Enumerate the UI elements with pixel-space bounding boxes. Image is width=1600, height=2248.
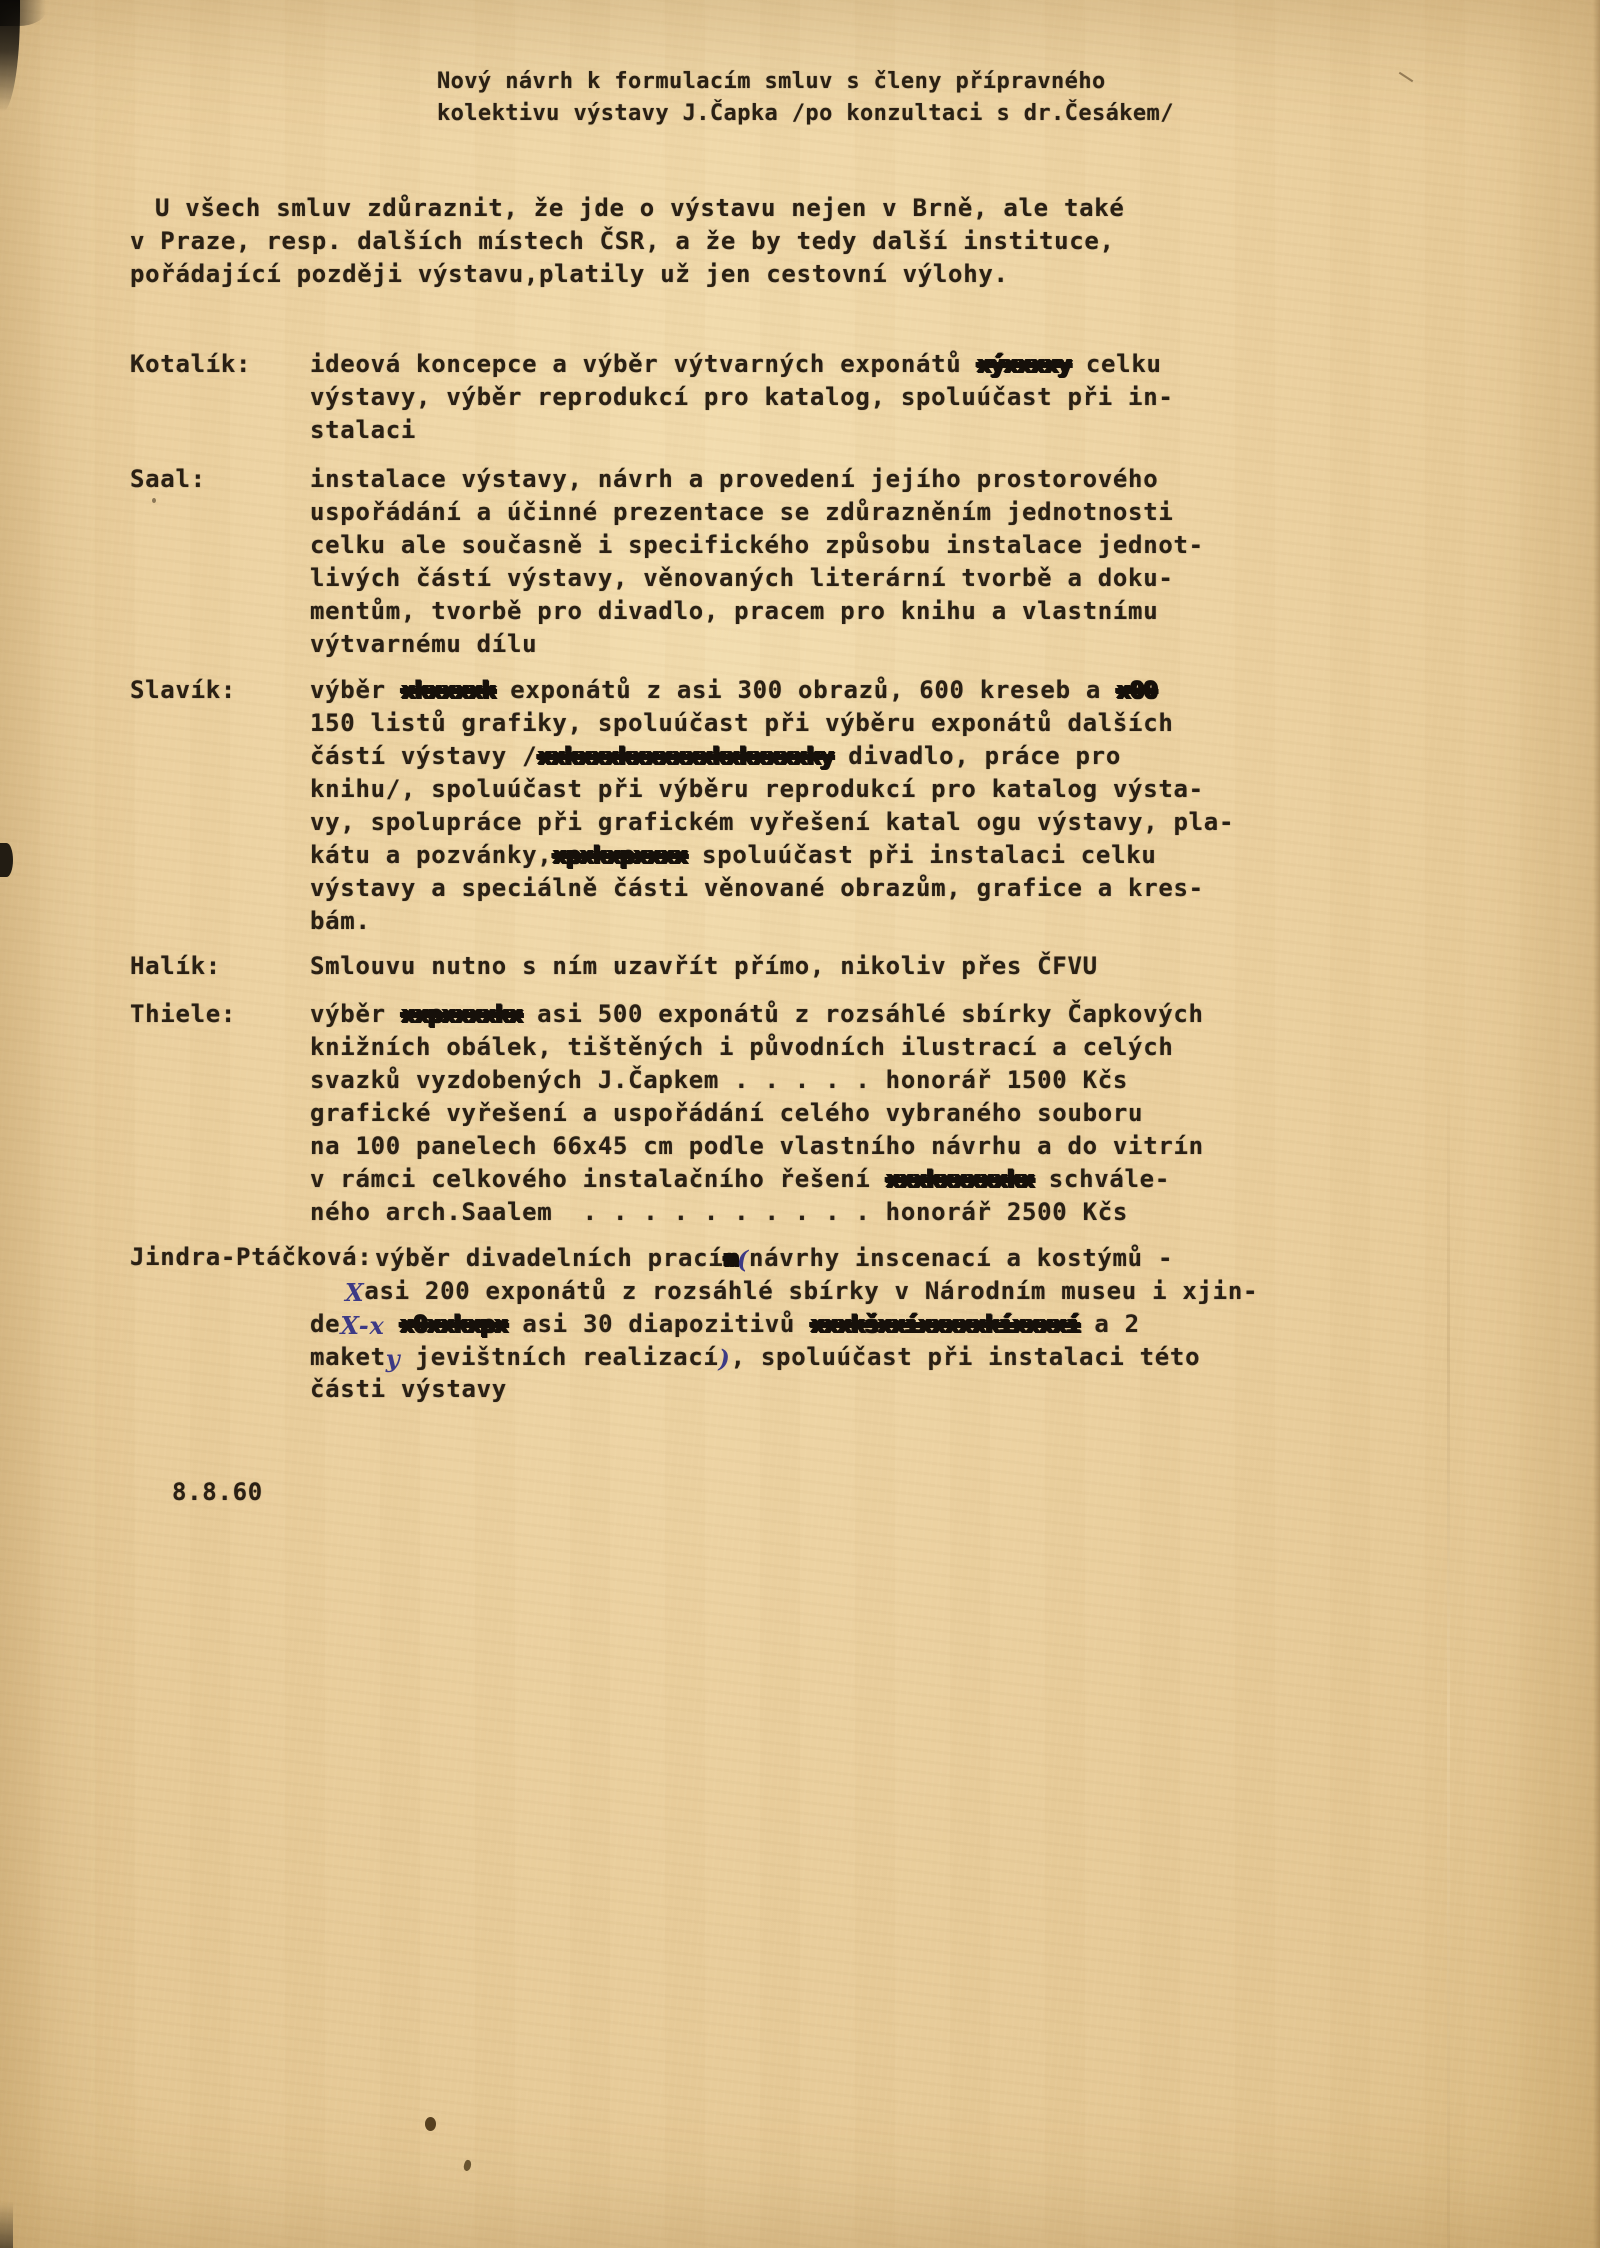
text-segment: v Praze, resp. dalších místech ČSR, a že… [130,227,1115,255]
struck-overtype: xxkxxxkxxxxxxkxkxxxxky [537,742,833,770]
document-page: Nový návrh k formulacím smluv s členy př… [0,0,1600,2248]
paper-speck [1399,72,1414,82]
section-body-slavik: výběr xkxxxxk exponátů z asi 300 obrazů,… [310,674,1600,938]
section-label-saal: Saal: [130,463,206,496]
text-line: na 100 panelech 66x45 cm podle vlastního… [310,1130,1600,1163]
ink-spot [425,2117,436,2131]
scan-artifact-left-edge [0,843,13,877]
text-line: bám. [310,905,1600,938]
section-body-halik: Smlouvu nutno s ním uzavřít přímo, nikol… [310,950,1600,983]
text-segment: pořádající později výstavu,platily už je… [130,260,1009,288]
text-line: mentům, tvorbě pro divadlo, pracem pro k… [310,595,1600,628]
section-saal: Saal: instalace výstavy, návrh a provede… [130,463,1600,661]
text-segment: maket [310,1343,386,1371]
text-segment: výběr [310,676,401,704]
text-segment: částí výstavy / [310,742,537,770]
section-body-jindra-ptackova: výběr divadelních pracím(návrhy inscenac… [310,1241,1600,1406]
text-segment: návrhy inscenací a kostýmů - [749,1244,1173,1272]
section-label-jindra-ptackova: Jindra-Ptáčková: [130,1241,372,1274]
text-line: uspořádání a účinné prezentace se zdůraz… [310,496,1600,529]
handwritten-mark: y [386,1344,401,1373]
text-line: ného arch.Saalem . . . . . . . . . . hon… [310,1196,1600,1229]
text-segment: bám. [310,907,371,935]
section-body-saal: instalace výstavy, návrh a provedení jej… [310,463,1600,661]
text-line: svazků vyzdobených J.Čapkem . . . . . ho… [310,1064,1600,1097]
text-line: Nový návrh k formulacím smluv s členy př… [437,66,1174,98]
text-segment: výtvarnému dílu [310,630,537,658]
text-line: v Praze, resp. dalších místech ČSR, a že… [130,225,1125,258]
text-segment: knižních obálek, tištěných i původních i… [310,1033,1174,1061]
text-line: výstavy a speciálně části věnované obraz… [310,872,1600,905]
struck-overtype: m [723,1244,736,1272]
text-segment: výběr [310,1000,401,1028]
struck-overtype: x0xxkxpx [400,1310,508,1338]
text-line: Smlouvu nutno s ním uzavřít přímo, nikol… [310,950,1600,983]
text-segment: celku ale současně i specifického způsob… [310,531,1204,559]
section-kotalik: Kotalík: ideová koncepce a výběr výtvarn… [130,348,1600,447]
struck-overtype: xkxxxxk [401,676,495,704]
text-line: livých částí výstavy, věnovaných literár… [310,562,1600,595]
scan-artifact-top-left-corner [0,0,20,112]
document-date: 8.8.60 [172,1476,263,1509]
handwritten-mark: ) [719,1344,731,1373]
scan-artifact-top-edge [0,0,46,26]
text-line: grafické vyřešení a uspořádání celého vy… [310,1097,1600,1130]
text-segment: divadlo, práce pro [833,742,1121,770]
text-segment: kolektivu výstavy J.Čapka /po konzultaci… [437,101,1174,126]
text-line: výběr divadelních pracím(návrhy inscenac… [375,1241,1600,1274]
text-segment: de [310,1310,340,1338]
text-line: ideová koncepce a výběr výtvarných expon… [310,348,1600,381]
section-jindra-ptackova: Jindra-Ptáčková: výběr divadelních prací… [130,1241,1600,1406]
text-segment: livých částí výstavy, věnovaných literár… [310,564,1174,592]
text-line: částí výstavy /xxkxxxkxxxxxxkxkxxxxky di… [310,740,1600,773]
text-line: stalaci [310,414,1600,447]
text-segment: na 100 panelech 66x45 cm podle vlastního… [310,1132,1204,1160]
text-segment: části výstavy [310,1375,507,1403]
ink-spot [462,2159,472,2172]
text-segment: schvále- [1034,1165,1170,1193]
struck-overtype: x00 [1116,676,1156,704]
text-segment: Nový návrh k formulacím smluv s členy př… [437,69,1106,94]
text-line: kátu a pozvánky,xpxkxpxxxx spoluúčast př… [310,839,1600,872]
section-label-kotalik: Kotalík: [130,348,251,381]
text-line: části výstavy [310,1373,1600,1406]
text-line: výstavy, výběr reprodukcí pro katalog, s… [310,381,1600,414]
section-slavik: Slavík: výběr xkxxxxk exponátů z asi 300… [130,674,1600,938]
section-halik: Halík: Smlouvu nutno s ním uzavřít přímo… [130,950,1600,983]
text-segment: Smlouvu nutno s ním uzavřít přímo, nikol… [310,952,1098,980]
text-segment: mentům, tvorbě pro divadlo, pracem pro k… [310,597,1158,625]
text-line: vy, spolupráce při grafickém vyřešení ka… [310,806,1600,839]
text-segment: celku [1071,350,1162,378]
text-segment: asi 500 exponátů z rozsáhlé sbírky Čapko… [522,1000,1204,1028]
text-line: výtvarnému dílu [310,628,1600,661]
text-segment: výběr divadelních prací [375,1244,723,1272]
text-segment: asi 200 exponátů z rozsáhlé sbírky v Nár… [364,1277,1258,1305]
text-line: v rámci celkového instalačního řešení xx… [310,1163,1600,1196]
handwritten-mark: ( [737,1245,749,1274]
text-segment: grafické vyřešení a uspořádání celého vy… [310,1099,1143,1127]
section-label-slavik: Slavík: [130,674,236,707]
text-segment: instalace výstavy, návrh a provedení jej… [310,465,1158,493]
intro-paragraph: U všech smluv zdůraznit, že jde o výstav… [130,192,1125,291]
section-label-halik: Halík: [130,950,221,983]
struck-overtype: xpxkxpxxxx [552,841,687,869]
section-label-thiele: Thiele: [130,998,236,1031]
document-title: Nový návrh k formulacím smluv s členy př… [437,66,1174,130]
text-line: kolektivu výstavy J.Čapka /po konzultaci… [437,98,1174,130]
text-segment [384,1310,399,1338]
section-body-thiele: výběr xxpxxxxkx asi 500 exponátů z rozsá… [310,998,1600,1229]
text-segment: výstavy a speciálně části věnované obraz… [310,874,1204,902]
section-thiele: Thiele: výběr xxpxxxxkx asi 500 exponátů… [130,998,1600,1229]
scan-artifact-bottom-left-corner [0,2202,13,2248]
text-segment: uspořádání a účinné prezentace se zdůraz… [310,498,1174,526]
text-line: výběr xxpxxxxkx asi 500 exponátů z rozsá… [310,998,1600,1031]
text-line: celku ale současně i specifického způsob… [310,529,1600,562]
text-segment: knihu/, spoluúčast při výběru reprodukcí… [310,775,1204,803]
text-segment: svazků vyzdobených J.Čapkem . . . . . ho… [310,1066,1128,1094]
text-segment: spoluúčast při instalaci celku [687,841,1157,869]
struck-overtype: xxpxxxxkx [401,1000,522,1028]
text-line: makety jevištních realizací), spoluúčast… [310,1340,1600,1373]
text-line: deX-x x0xxkxpx asi 30 diapozitivů xxxkšx… [310,1307,1600,1340]
text-line: instalace výstavy, návrh a provedení jej… [310,463,1600,496]
handwritten-mark: X [345,1278,364,1307]
text-segment: , spoluúčast při instalaci této [731,1343,1201,1371]
text-line: Xasi 200 exponátů z rozsáhlé sbírky v Ná… [345,1274,1600,1307]
text-segment: stalaci [310,416,416,444]
text-segment: a 2 [1079,1310,1140,1338]
struck-overtype: xxxkšxxíxxxxxkíxxxxí [810,1310,1079,1338]
text-segment: 150 listů grafiky, spoluúčast při výběru… [310,709,1174,737]
text-segment: ideová koncepce a výběr výtvarných expon… [310,350,977,378]
text-line: knižních obálek, tištěných i původních i… [310,1031,1600,1064]
text-line: U všech smluv zdůraznit, že jde o výstav… [155,192,1125,225]
text-segment: kátu a pozvánky, [310,841,552,869]
section-body-kotalik: ideová koncepce a výběr výtvarných expon… [310,348,1600,447]
text-line: pořádající později výstavu,platily už je… [130,258,1125,291]
struck-overtype: xxxkxxxxxkx [886,1165,1034,1193]
text-segment: vy, spolupráce při grafickém vyřešení ka… [310,808,1234,836]
paper-crease [1447,1055,1450,2248]
text-segment: v rámci celkového instalačního řešení [310,1165,886,1193]
struck-overtype: xýxxxxy [977,350,1071,378]
text-line: knihu/, spoluúčast při výběru reprodukcí… [310,773,1600,806]
text-line: 150 listů grafiky, spoluúčast při výběru… [310,707,1600,740]
text-segment: U všech smluv zdůraznit, že jde o výstav… [155,194,1125,222]
text-segment: jevištních realizací [400,1343,718,1371]
text-segment: ného arch.Saalem . . . . . . . . . . hon… [310,1198,1128,1226]
text-segment: výstavy, výběr reprodukcí pro katalog, s… [310,383,1174,411]
text-segment: exponátů z asi 300 obrazů, 600 kreseb a [495,676,1116,704]
text-line: výběr xkxxxxk exponátů z asi 300 obrazů,… [310,674,1600,707]
text-segment: asi 30 diapozitivů [507,1310,810,1338]
handwritten-mark: X-x [340,1311,384,1340]
